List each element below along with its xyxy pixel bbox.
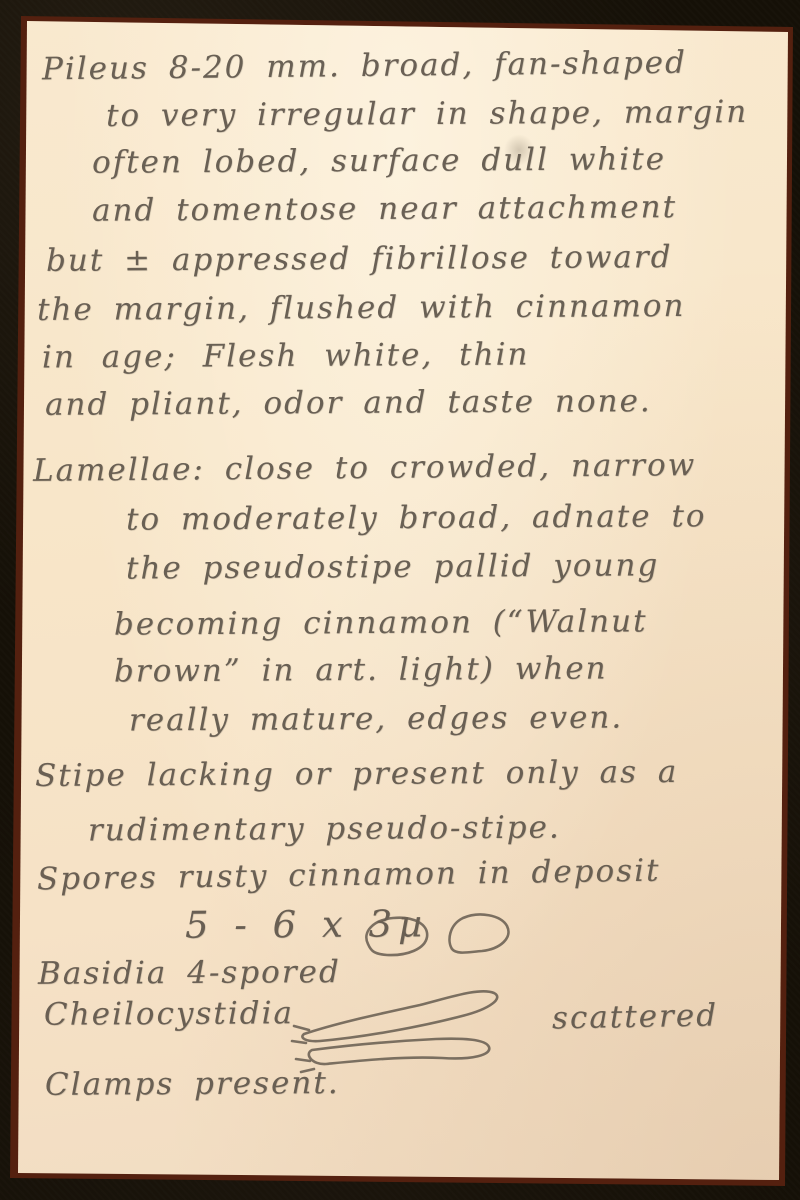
note-line: Spores rusty cinnamon in deposit: [37, 853, 661, 899]
note-line: Stipe lacking or present only as a: [35, 754, 679, 795]
note-line: scattered: [552, 998, 719, 1038]
note-line: really mature, edges even.: [129, 699, 623, 739]
note-line: becoming cinnamon (“Walnut: [114, 603, 648, 643]
note-line: the pseudostipe pallid young: [126, 547, 659, 587]
note-line: Lamellae: close to crowded, narrow: [33, 447, 697, 490]
note-line: the margin, flushed with cinnamon: [37, 288, 686, 329]
note-line: Pileus 8-20 mm. broad, fan-shaped: [42, 45, 687, 89]
note-line: rudimentary pseudo-stipe.: [88, 810, 561, 850]
note-line: to very irregular in shape, margin: [106, 94, 748, 135]
note-line: often lobed, surface dull white: [92, 141, 666, 182]
note-line: in age; Flesh white, thin: [42, 337, 530, 377]
note-line: and pliant, odor and taste none.: [45, 383, 652, 424]
index-card: Pileus 8-20 mm. broad, fan-shaped to ver…: [0, 0, 800, 1200]
spore-outline-sketch: [352, 908, 522, 964]
note-line: to moderately broad, adnate to: [126, 498, 707, 539]
note-line: and tomentose near attachment: [92, 189, 677, 230]
photo-background: Pileus 8-20 mm. broad, fan-shaped to ver…: [0, 0, 800, 1200]
note-line: brown” in art. light) when: [114, 650, 608, 690]
note-line: Cheilocystidia: [44, 995, 294, 1034]
cheilocystidia-sketch: [288, 980, 530, 1074]
note-line: but ± appressed fibrillose toward: [46, 239, 673, 280]
